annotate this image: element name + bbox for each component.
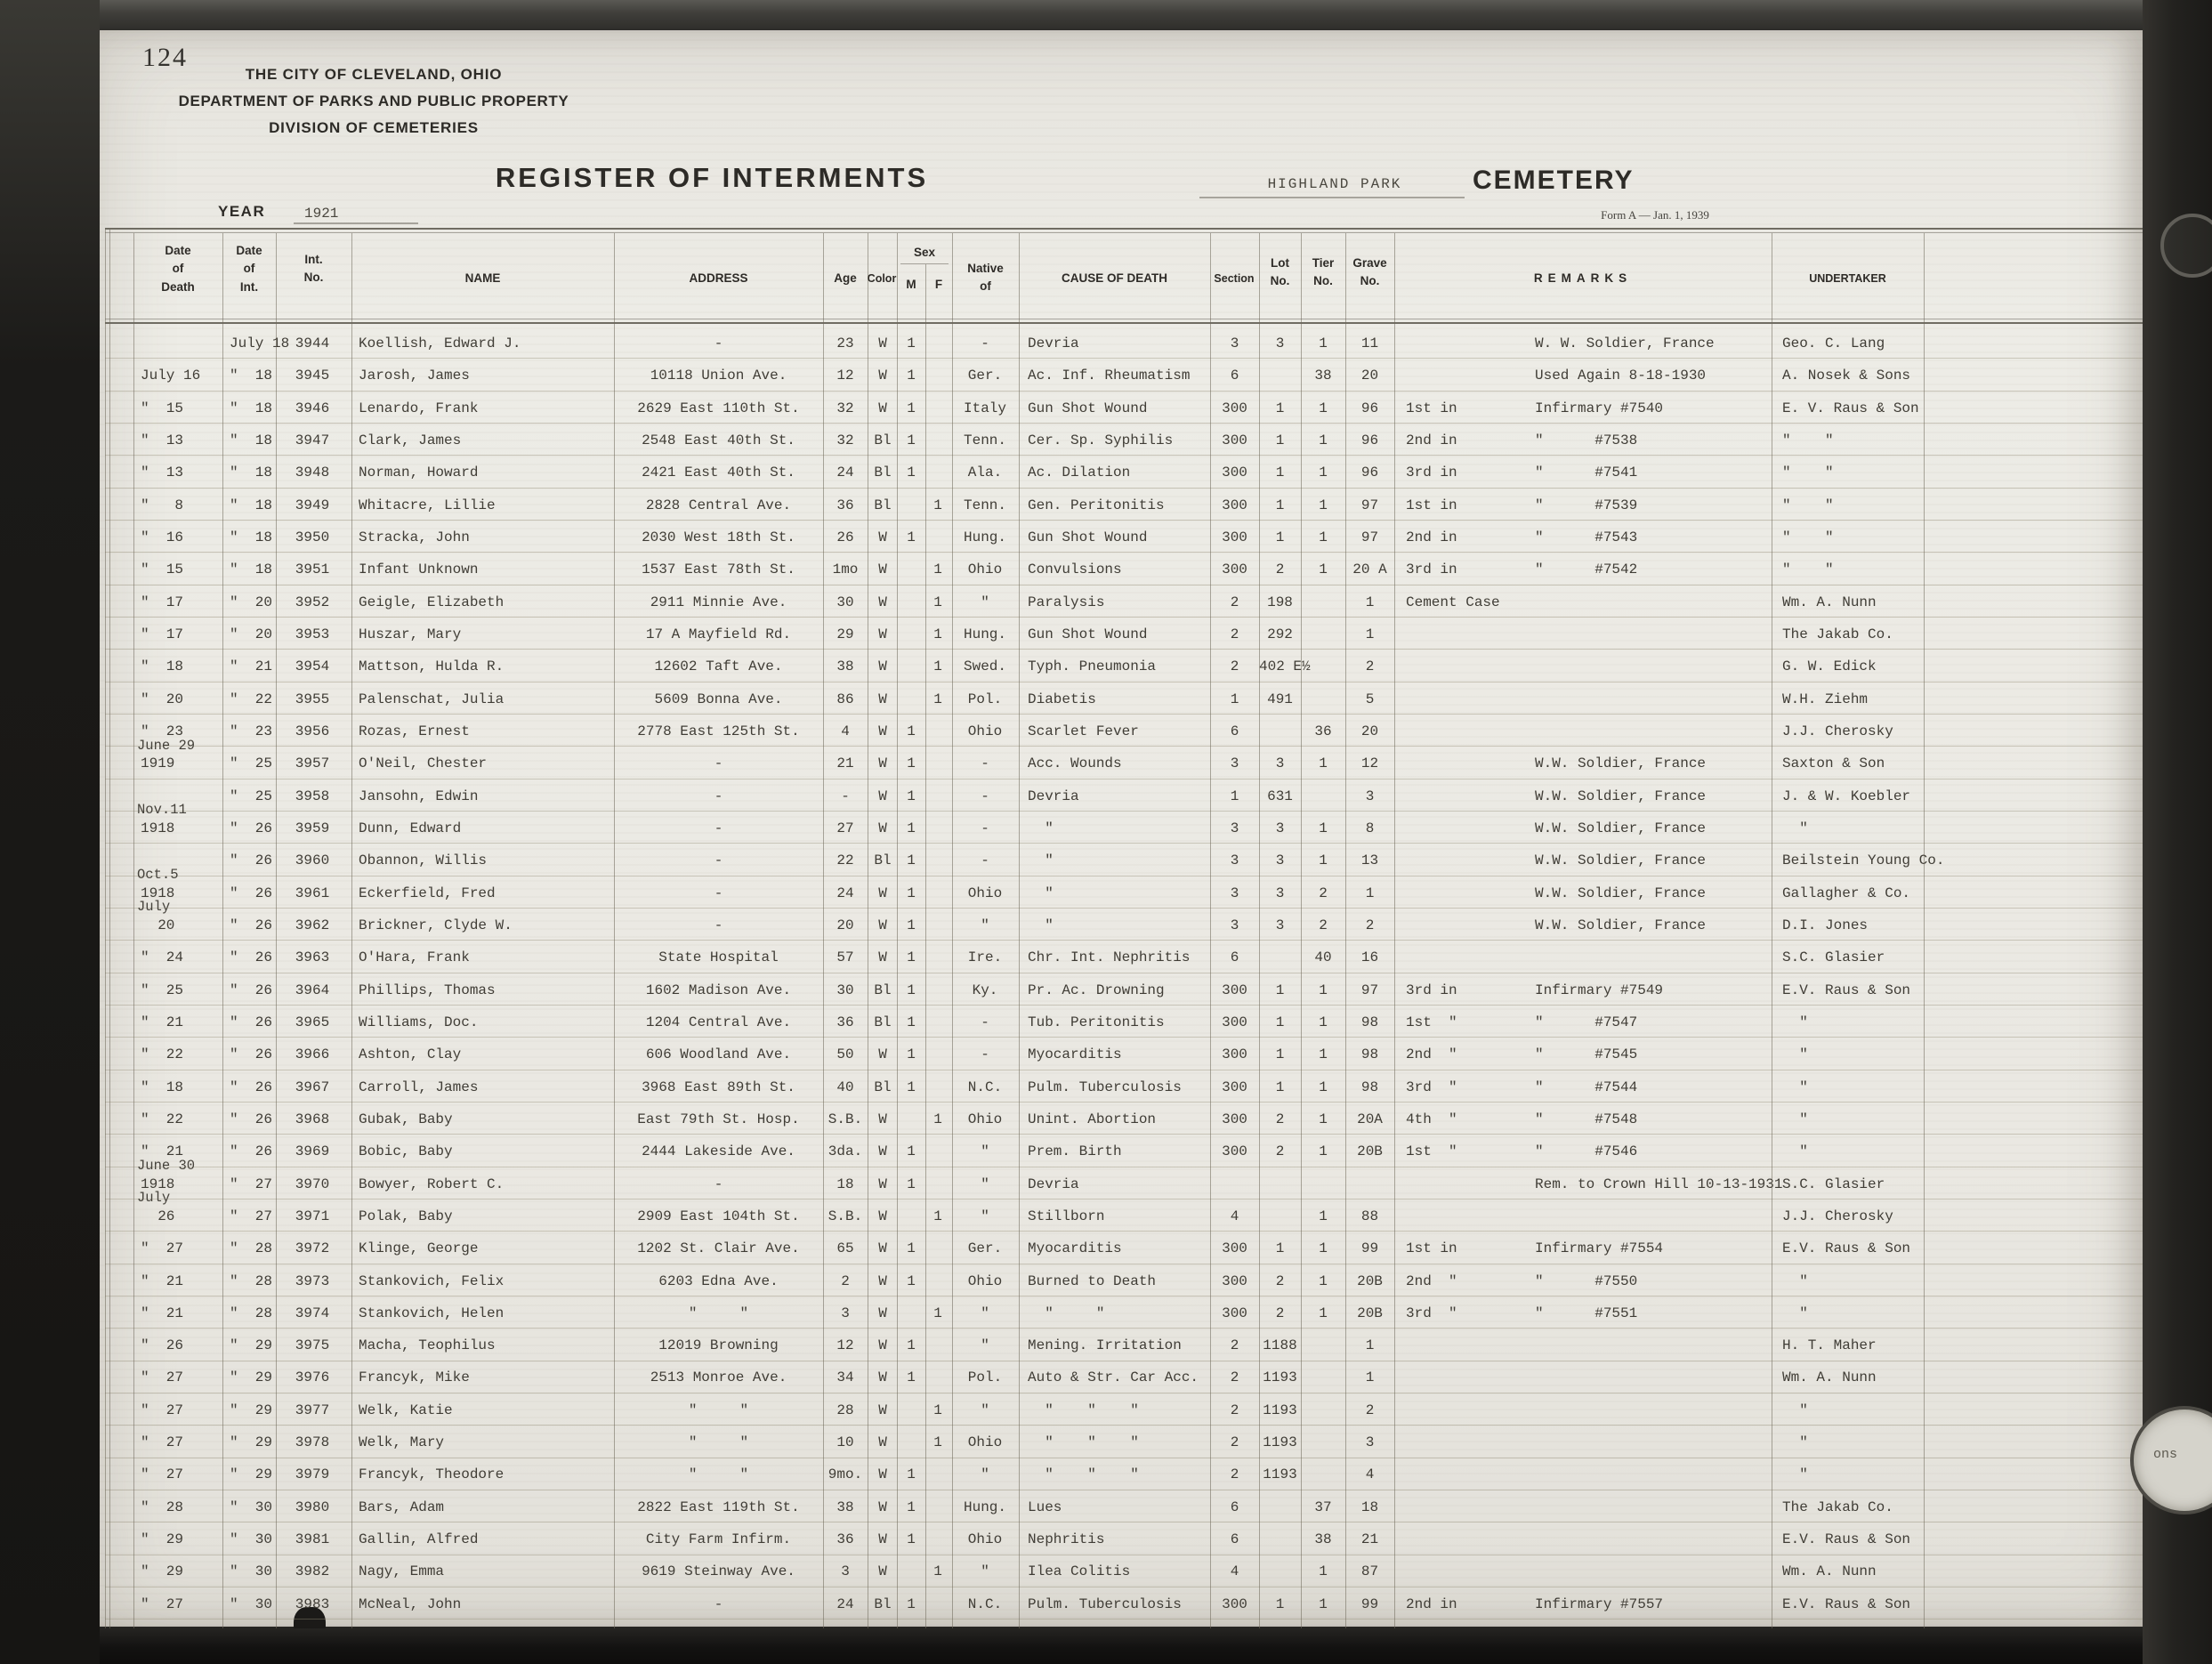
cell-dd: " 27 bbox=[141, 1434, 234, 1450]
cell-lot: 3 bbox=[1259, 820, 1301, 836]
cemetery-name-value: HIGHLAND PARK bbox=[1210, 176, 1459, 192]
cell-und: " " bbox=[1782, 432, 2031, 448]
cell-cause: " bbox=[1028, 852, 1232, 868]
cell-lot: 1 bbox=[1259, 497, 1301, 513]
cell-addr: - bbox=[614, 1596, 823, 1612]
cell-rem2: " #7550 bbox=[1535, 1273, 1793, 1289]
column-rule bbox=[105, 230, 106, 1628]
column-rule bbox=[1019, 233, 1020, 1628]
cell-addr: - bbox=[614, 1176, 823, 1192]
cell-sec: 3 bbox=[1210, 885, 1259, 901]
cell-nat: - bbox=[951, 820, 1019, 836]
cell-grave: 98 bbox=[1345, 1079, 1394, 1095]
cell-nat: Ire. bbox=[951, 949, 1019, 965]
cell-grave: 12 bbox=[1345, 755, 1394, 771]
cell-lot: 2 bbox=[1259, 1111, 1301, 1127]
cell-no: 3968 bbox=[276, 1111, 349, 1127]
cell-cause: Unint. Abortion bbox=[1028, 1111, 1232, 1127]
year-value: 1921 bbox=[304, 206, 338, 222]
table-row: July 20" 263962Brickner, Clyde W.-20W1" … bbox=[105, 908, 2143, 941]
cell-name: Lenardo, Frank bbox=[359, 400, 618, 416]
column-rule bbox=[1924, 233, 1925, 1628]
table-row: " 15" 183951Infant Unknown1537 East 78th… bbox=[105, 552, 2143, 585]
cell-sec: 6 bbox=[1210, 1531, 1259, 1547]
table-row: " 21" 263965Williams, Doc.1204 Central A… bbox=[105, 1005, 2143, 1038]
cell-grave: 13 bbox=[1345, 852, 1394, 868]
table-row: " 27" 293977Welk, Katie" "28W1" " " "211… bbox=[105, 1393, 2143, 1426]
cell-name: Stankovich, Helen bbox=[359, 1305, 618, 1321]
cell-addr: " " bbox=[614, 1434, 823, 1450]
cell-grave: 1 bbox=[1345, 594, 1394, 610]
cell-cause: Diabetis bbox=[1028, 691, 1232, 707]
column-rule bbox=[1301, 233, 1302, 1628]
cell-color: W bbox=[868, 1402, 898, 1418]
cell-grave: 98 bbox=[1345, 1014, 1394, 1030]
cell-nat: Ohio bbox=[951, 723, 1019, 739]
col-header-sex: Sex bbox=[897, 244, 952, 262]
cell-age: 23 bbox=[823, 335, 868, 351]
cell-color: W bbox=[868, 1208, 898, 1224]
column-rule bbox=[1210, 233, 1211, 1628]
cell-und: " " bbox=[1782, 561, 2031, 578]
cell-no: 3951 bbox=[276, 561, 349, 578]
cell-cause: " bbox=[1028, 917, 1232, 933]
cell-f: 1 bbox=[924, 626, 951, 642]
cell-no: 3971 bbox=[276, 1208, 349, 1224]
table-row: " 17" 203953Huszar, Mary17 A Mayfield Rd… bbox=[105, 617, 2143, 650]
cell-dd: " 27 bbox=[141, 1369, 234, 1385]
cell-sec: 3 bbox=[1210, 917, 1259, 933]
cell-nat: Hung. bbox=[951, 529, 1019, 545]
cell-rem1: 1st in bbox=[1406, 1240, 1532, 1256]
cell-nat: - bbox=[951, 852, 1019, 868]
cell-tier: 1 bbox=[1301, 432, 1345, 448]
cell-grave: 97 bbox=[1345, 529, 1394, 545]
cell-cause: " " " bbox=[1028, 1434, 1232, 1450]
cell-nat: " bbox=[951, 1337, 1019, 1353]
cell-age: 22 bbox=[823, 852, 868, 868]
cell-grave: 1 bbox=[1345, 885, 1394, 901]
column-rule bbox=[1772, 233, 1772, 1628]
cell-nat: " bbox=[951, 594, 1019, 610]
cell-cause: " " " bbox=[1028, 1402, 1232, 1418]
sex-underline bbox=[900, 263, 949, 264]
cell-name: Norman, Howard bbox=[359, 464, 618, 481]
cell-cause: Stillborn bbox=[1028, 1208, 1232, 1224]
cell-cause: Auto & Str. Car Acc. bbox=[1028, 1369, 1232, 1385]
cell-m: 1 bbox=[898, 368, 924, 384]
table-row: July 16" 183945Jarosh, James10118 Union … bbox=[105, 358, 2143, 391]
cell-lot: 1 bbox=[1259, 1079, 1301, 1095]
org-line-department: DEPARTMENT OF PARKS AND PUBLIC PROPERTY bbox=[160, 93, 587, 110]
cell-nat: Pol. bbox=[951, 1369, 1019, 1385]
cell-m: 1 bbox=[898, 1176, 924, 1192]
cell-age: 1mo bbox=[823, 561, 868, 578]
cell-age: 12 bbox=[823, 1337, 868, 1353]
cell-death-date-upper: June 29 bbox=[137, 739, 195, 755]
cell-nat: " bbox=[951, 1143, 1019, 1159]
cell-no: 3965 bbox=[276, 1014, 349, 1030]
cell-cause: Chr. Int. Nephritis bbox=[1028, 949, 1232, 965]
cell-sec: 2 bbox=[1210, 1369, 1259, 1385]
column-rule bbox=[133, 233, 134, 1628]
cell-tier: 2 bbox=[1301, 885, 1345, 901]
cell-name: Huszar, Mary bbox=[359, 626, 618, 642]
cell-nat: Ohio bbox=[951, 1531, 1019, 1547]
cell-cause: Ilea Colitis bbox=[1028, 1563, 1232, 1579]
cell-rem2: W.W. Soldier, France bbox=[1535, 885, 1793, 901]
cell-addr: 2030 West 18th St. bbox=[614, 529, 823, 545]
column-rule bbox=[925, 264, 926, 1628]
cell-tier: 1 bbox=[1301, 400, 1345, 416]
cell-rem2: Infirmary #7557 bbox=[1535, 1596, 1793, 1612]
cell-grave: 96 bbox=[1345, 432, 1394, 448]
cell-dd: " 17 bbox=[141, 594, 234, 610]
cell-cause: Myocarditis bbox=[1028, 1240, 1232, 1256]
cell-tier: 1 bbox=[1301, 1305, 1345, 1321]
cell-age: S.B. bbox=[823, 1208, 868, 1224]
cell-addr: 9619 Steinway Ave. bbox=[614, 1563, 823, 1579]
cell-und: " bbox=[1782, 820, 2031, 836]
cell-tier: 1 bbox=[1301, 1240, 1345, 1256]
cell-tier: 1 bbox=[1301, 1111, 1345, 1127]
cell-sec: 300 bbox=[1210, 561, 1259, 578]
cell-rem1: 4th " bbox=[1406, 1111, 1532, 1127]
cell-m: 1 bbox=[898, 1337, 924, 1353]
cell-lot: 198 bbox=[1259, 594, 1301, 610]
cell-sec: 300 bbox=[1210, 1143, 1259, 1159]
table-row: " 20" 223955Palenschat, Julia5609 Bonna … bbox=[105, 682, 2143, 715]
col-header-grave-no: Grave No. bbox=[1345, 254, 1394, 291]
cell-tier: 1 bbox=[1301, 1014, 1345, 1030]
table-row: " 21" 283974Stankovich, Helen" "3W1" " "… bbox=[105, 1296, 2143, 1329]
cell-addr: 1202 St. Clair Ave. bbox=[614, 1240, 823, 1256]
table-row: " 253958Jansohn, Edwin--W1-Devria16313W.… bbox=[105, 779, 2143, 812]
cell-color: Bl bbox=[868, 464, 898, 481]
cell-und: E.V. Raus & Son bbox=[1782, 1531, 2031, 1547]
cell-name: Clark, James bbox=[359, 432, 618, 448]
cell-age: 40 bbox=[823, 1079, 868, 1095]
cell-addr: - bbox=[614, 820, 823, 836]
cell-dd: " 27 bbox=[141, 1240, 234, 1256]
table-row: " 28" 303980Bars, Adam2822 East 119th St… bbox=[105, 1490, 2143, 1523]
cell-no: 3958 bbox=[276, 788, 349, 804]
cell-grave: 21 bbox=[1345, 1531, 1394, 1547]
cell-age: 2 bbox=[823, 1273, 868, 1289]
cell-lot: 1193 bbox=[1259, 1466, 1301, 1482]
cell-dd: " 26 bbox=[141, 1337, 234, 1353]
cell-lot: 1 bbox=[1259, 1014, 1301, 1030]
cell-nat: N.C. bbox=[951, 1596, 1019, 1612]
cell-m: 1 bbox=[898, 529, 924, 545]
cell-rem2: " #7543 bbox=[1535, 529, 1793, 545]
cell-addr: " " bbox=[614, 1305, 823, 1321]
cell-no: 3947 bbox=[276, 432, 349, 448]
cell-grave: 1 bbox=[1345, 1369, 1394, 1385]
cell-tier: 38 bbox=[1301, 1531, 1345, 1547]
cell-rem2: W.W. Soldier, France bbox=[1535, 852, 1793, 868]
cell-cause: Ac. Dilation bbox=[1028, 464, 1232, 481]
cell-und: A. Nosek & Sons bbox=[1782, 368, 2031, 384]
cell-age: 30 bbox=[823, 982, 868, 998]
cell-tier: 1 bbox=[1301, 1046, 1345, 1062]
cell-m: 1 bbox=[898, 1531, 924, 1547]
cell-addr: 1537 East 78th St. bbox=[614, 561, 823, 578]
cell-no: 3964 bbox=[276, 982, 349, 998]
cell-und: G. W. Edick bbox=[1782, 658, 2031, 674]
cell-name: Phillips, Thomas bbox=[359, 982, 618, 998]
table-row: " 27" 293976Francyk, Mike2513 Monroe Ave… bbox=[105, 1361, 2143, 1393]
org-line-city: THE CITY OF CLEVELAND, OHIO bbox=[178, 66, 569, 84]
cell-rem2: Infirmary #7554 bbox=[1535, 1240, 1793, 1256]
cell-name: Bobic, Baby bbox=[359, 1143, 618, 1159]
cell-dd: 1919 bbox=[141, 755, 234, 771]
cell-tier: 1 bbox=[1301, 464, 1345, 481]
cell-addr: 2778 East 125th St. bbox=[614, 723, 823, 739]
cell-no: 3952 bbox=[276, 594, 349, 610]
col-header-date-of-int: Date of Int. bbox=[222, 242, 276, 296]
cell-dd: " 15 bbox=[141, 400, 234, 416]
table-row: " 21" 283973Stankovich, Felix6203 Edna A… bbox=[105, 1264, 2143, 1296]
cemetery-name-underline bbox=[1199, 197, 1465, 198]
cell-color: W bbox=[868, 1337, 898, 1353]
cell-m: 1 bbox=[898, 1596, 924, 1612]
cell-addr: - bbox=[614, 335, 823, 351]
cell-name: Obannon, Willis bbox=[359, 852, 618, 868]
cell-nat: Ger. bbox=[951, 1240, 1019, 1256]
cell-age: 36 bbox=[823, 1531, 868, 1547]
cell-death-date-upper: Nov.11 bbox=[137, 803, 187, 819]
cell-age: S.B. bbox=[823, 1111, 868, 1127]
cell-cause: " bbox=[1028, 820, 1232, 836]
table-row: " 18" 263967Carroll, James3968 East 89th… bbox=[105, 1070, 2143, 1103]
cell-dd: 20 bbox=[141, 917, 234, 933]
cell-und: W.H. Ziehm bbox=[1782, 691, 2031, 707]
cell-rem2: Infirmary #7540 bbox=[1535, 400, 1793, 416]
cell-und: " bbox=[1782, 1143, 2031, 1159]
cell-cause: Convulsions bbox=[1028, 561, 1232, 578]
cell-addr: 2548 East 40th St. bbox=[614, 432, 823, 448]
cell-lot: 1 bbox=[1259, 1046, 1301, 1062]
cell-rem2: " #7539 bbox=[1535, 497, 1793, 513]
table-row: " 13" 183948Norman, Howard2421 East 40th… bbox=[105, 455, 2143, 488]
scan-background-bottom bbox=[0, 1623, 2212, 1664]
cell-cause: " " bbox=[1028, 1305, 1232, 1321]
cell-und: S.C. Glasier bbox=[1782, 1176, 2031, 1192]
cell-lot: 631 bbox=[1259, 788, 1301, 804]
cell-dd: 26 bbox=[141, 1208, 234, 1224]
header-bottom-rule-2 bbox=[105, 322, 2143, 324]
cell-color: W bbox=[868, 1046, 898, 1062]
org-line-division: DIVISION OF CEMETERIES bbox=[178, 119, 569, 137]
cell-name: Jansohn, Edwin bbox=[359, 788, 618, 804]
cell-nat: Ohio bbox=[951, 1434, 1019, 1450]
cell-color: W bbox=[868, 1143, 898, 1159]
cell-color: W bbox=[868, 1563, 898, 1579]
cell-tier: 37 bbox=[1301, 1499, 1345, 1515]
table-top-rule bbox=[105, 228, 2146, 230]
scan-background-top bbox=[0, 0, 2212, 32]
cell-und: The Jakab Co. bbox=[1782, 1499, 2031, 1515]
cell-color: W bbox=[868, 723, 898, 739]
cell-dd: " 29 bbox=[141, 1563, 234, 1579]
cell-sec: 300 bbox=[1210, 529, 1259, 545]
cell-und: " bbox=[1782, 1434, 2031, 1450]
cell-addr: 5609 Bonna Ave. bbox=[614, 691, 823, 707]
cell-no: 3960 bbox=[276, 852, 349, 868]
cell-name: Macha, Teophilus bbox=[359, 1337, 618, 1353]
table-row: " 15" 183946Lenardo, Frank2629 East 110t… bbox=[105, 391, 2143, 424]
cell-addr: 2909 East 104th St. bbox=[614, 1208, 823, 1224]
scan-background-left bbox=[0, 0, 100, 1664]
cell-grave: 98 bbox=[1345, 1046, 1394, 1062]
cell-age: 26 bbox=[823, 529, 868, 545]
cell-no: 3966 bbox=[276, 1046, 349, 1062]
column-rule bbox=[222, 233, 223, 1628]
cell-tier: 1 bbox=[1301, 529, 1345, 545]
cell-sec: 2 bbox=[1210, 658, 1259, 674]
cell-no: 3975 bbox=[276, 1337, 349, 1353]
table-row: " 22" 263966Ashton, Clay606 Woodland Ave… bbox=[105, 1037, 2143, 1070]
cell-age: 32 bbox=[823, 432, 868, 448]
cell-dd: " 15 bbox=[141, 561, 234, 578]
cell-no: 3974 bbox=[276, 1305, 349, 1321]
cell-rem1: 3rd " bbox=[1406, 1079, 1532, 1095]
cell-und: E. V. Raus & Son bbox=[1782, 400, 2031, 416]
cell-name: Koellish, Edward J. bbox=[359, 335, 618, 351]
cell-grave: 20 A bbox=[1345, 561, 1394, 578]
cell-tier: 1 bbox=[1301, 497, 1345, 513]
cell-und: E.V. Raus & Son bbox=[1782, 1596, 2031, 1612]
cell-addr: 1204 Central Ave. bbox=[614, 1014, 823, 1030]
cell-m: 1 bbox=[898, 400, 924, 416]
cell-sec: 2 bbox=[1210, 1402, 1259, 1418]
cell-m: 1 bbox=[898, 820, 924, 836]
cell-addr: 606 Woodland Ave. bbox=[614, 1046, 823, 1062]
cell-sec: 300 bbox=[1210, 1079, 1259, 1095]
cell-cause: Lues bbox=[1028, 1499, 1232, 1515]
cell-name: Welk, Mary bbox=[359, 1434, 618, 1450]
cell-color: W bbox=[868, 949, 898, 965]
cell-death-date-upper: Oct.5 bbox=[137, 868, 179, 884]
cell-age: 4 bbox=[823, 723, 868, 739]
cell-no: 3946 bbox=[276, 400, 349, 416]
cell-name: Ashton, Clay bbox=[359, 1046, 618, 1062]
cell-nat: - bbox=[951, 755, 1019, 771]
cell-m: 1 bbox=[898, 1143, 924, 1159]
cell-no: 3972 bbox=[276, 1240, 349, 1256]
cell-sec: 2 bbox=[1210, 1466, 1259, 1482]
cell-sec: 2 bbox=[1210, 1434, 1259, 1450]
cell-death-date-upper: June 30 bbox=[137, 1159, 195, 1175]
cell-rem2: " #7551 bbox=[1535, 1305, 1793, 1321]
cell-color: W bbox=[868, 1305, 898, 1321]
cell-cause: Prem. Birth bbox=[1028, 1143, 1232, 1159]
cell-lot: 1188 bbox=[1259, 1337, 1301, 1353]
cell-lot: 3 bbox=[1259, 755, 1301, 771]
cell-cause: Myocarditis bbox=[1028, 1046, 1232, 1062]
cell-rem2: Rem. to Crown Hill 10-13-1931 bbox=[1535, 1176, 1793, 1192]
cell-sec: 1 bbox=[1210, 788, 1259, 804]
cell-addr: 2444 Lakeside Ave. bbox=[614, 1143, 823, 1159]
cell-name: Mattson, Hulda R. bbox=[359, 658, 618, 674]
cell-nat: N.C. bbox=[951, 1079, 1019, 1095]
cell-death-date-upper: July bbox=[137, 900, 170, 916]
cell-rem1: 1st " bbox=[1406, 1143, 1532, 1159]
cell-name: Carroll, James bbox=[359, 1079, 618, 1095]
cell-lot: 292 bbox=[1259, 626, 1301, 642]
cell-color: Bl bbox=[868, 432, 898, 448]
cell-color: W bbox=[868, 1176, 898, 1192]
cell-no: 3978 bbox=[276, 1434, 349, 1450]
cell-rem1: 1st " bbox=[1406, 1014, 1532, 1030]
cell-rem1: 2nd in bbox=[1406, 529, 1532, 545]
cell-dd: " 18 bbox=[141, 1079, 234, 1095]
cell-nat: " bbox=[951, 1466, 1019, 1482]
cell-color: Bl bbox=[868, 1014, 898, 1030]
cell-und: J. & W. Koebler bbox=[1782, 788, 2031, 804]
cell-name: Polak, Baby bbox=[359, 1208, 618, 1224]
cell-addr: - bbox=[614, 885, 823, 901]
cell-und: " bbox=[1782, 1046, 2031, 1062]
cell-name: Geigle, Elizabeth bbox=[359, 594, 618, 610]
table-row: July 26" 273971Polak, Baby2909 East 104t… bbox=[105, 1199, 2143, 1232]
cell-sec: 4 bbox=[1210, 1208, 1259, 1224]
cell-age: 24 bbox=[823, 464, 868, 481]
cell-addr: - bbox=[614, 788, 823, 804]
cell-dd: 1918 bbox=[141, 820, 234, 836]
table-row: Nov.111918" 263959Dunn, Edward-27W1- "33… bbox=[105, 811, 2143, 844]
cell-rem1: 2nd " bbox=[1406, 1273, 1532, 1289]
cell-color: Bl bbox=[868, 852, 898, 868]
cell-no: 3969 bbox=[276, 1143, 349, 1159]
cell-dd: " 18 bbox=[141, 658, 234, 674]
cell-rem2: " #7541 bbox=[1535, 464, 1793, 481]
cell-tier: 1 bbox=[1301, 755, 1345, 771]
cell-lot: 491 bbox=[1259, 691, 1301, 707]
col-header-name: NAME bbox=[351, 270, 614, 287]
cell-sec: 300 bbox=[1210, 1046, 1259, 1062]
cell-rem1: 1st in bbox=[1406, 497, 1532, 513]
cell-addr: - bbox=[614, 755, 823, 771]
cell-cause: Pulm. Tuberculosis bbox=[1028, 1079, 1232, 1095]
cell-rem2: " #7548 bbox=[1535, 1111, 1793, 1127]
cell-age: 38 bbox=[823, 658, 868, 674]
year-underline bbox=[294, 222, 418, 224]
cell-nat: - bbox=[951, 1014, 1019, 1030]
cell-tier: 40 bbox=[1301, 949, 1345, 965]
cell-sec: 4 bbox=[1210, 1563, 1259, 1579]
cell-color: W bbox=[868, 594, 898, 610]
cell-grave: 11 bbox=[1345, 335, 1394, 351]
cell-nat: Swed. bbox=[951, 658, 1019, 674]
scanned-register-page: 124 THE CITY OF CLEVELAND, OHIO DEPARTME… bbox=[0, 0, 2212, 1664]
cell-name: Nagy, Emma bbox=[359, 1563, 618, 1579]
cell-nat: Hung. bbox=[951, 1499, 1019, 1515]
cell-grave: 3 bbox=[1345, 788, 1394, 804]
cell-rem1: 3rd in bbox=[1406, 464, 1532, 481]
cell-sec: 3 bbox=[1210, 335, 1259, 351]
cell-cause: Acc. Wounds bbox=[1028, 755, 1232, 771]
cell-m: 1 bbox=[898, 852, 924, 868]
cell-addr: 2828 Central Ave. bbox=[614, 497, 823, 513]
cell-age: 3da. bbox=[823, 1143, 868, 1159]
cell-grave: 16 bbox=[1345, 949, 1394, 965]
cell-dd: " 27 bbox=[141, 1596, 234, 1612]
cell-age: 34 bbox=[823, 1369, 868, 1385]
cell-rem2: Infirmary #7549 bbox=[1535, 982, 1793, 998]
cell-color: W bbox=[868, 1531, 898, 1547]
